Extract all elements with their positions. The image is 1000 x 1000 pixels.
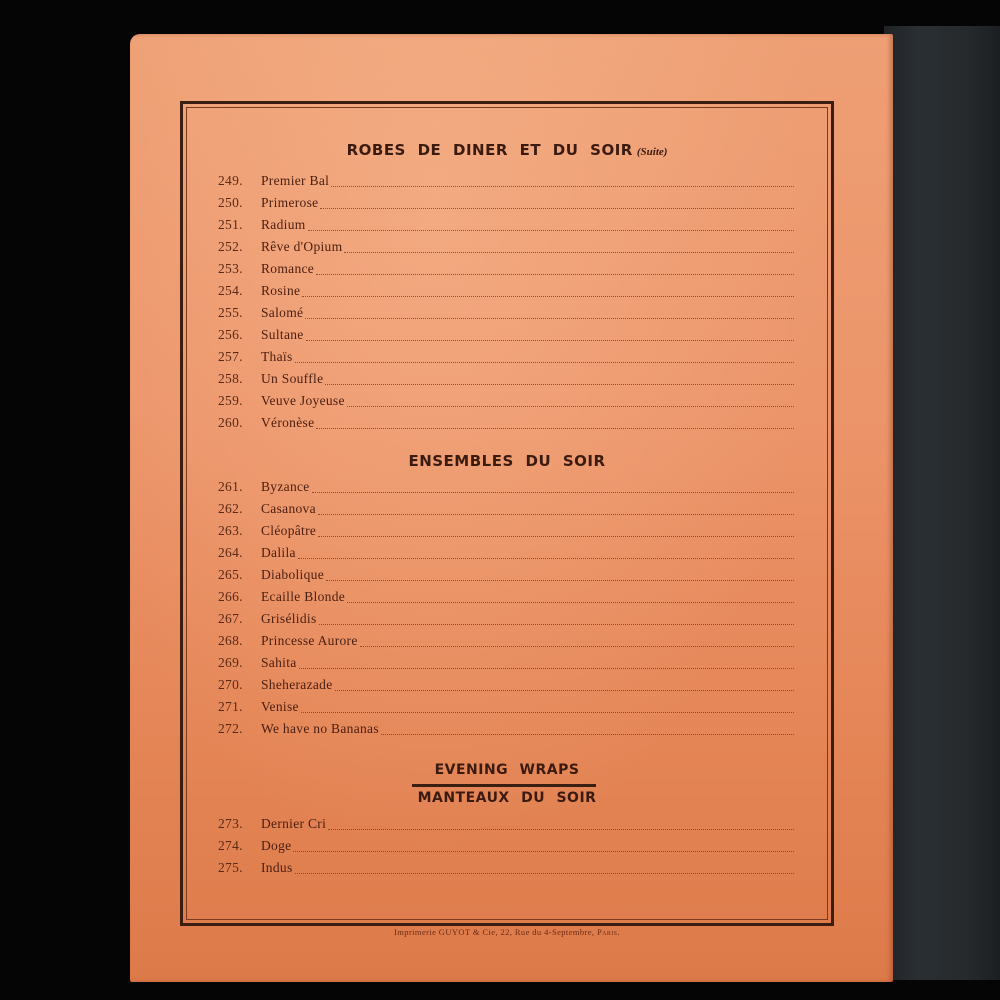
item-number: 275. xyxy=(218,860,261,876)
list-item: 261.Byzance xyxy=(218,479,794,501)
printer-imprint: Imprimerie GUYOT & Cie, 22, Rue du 4-Sep… xyxy=(180,927,834,937)
item-name: Sahita xyxy=(261,655,299,671)
item-name: Sheherazade xyxy=(261,677,335,693)
list-item: 266.Ecaille Blonde xyxy=(218,589,794,611)
item-number: 274. xyxy=(218,838,261,854)
list-item: 267.Grisélidis xyxy=(218,611,794,633)
dotted-leader-line xyxy=(318,535,794,537)
item-number: 265. xyxy=(218,567,261,583)
dotted-leader-line xyxy=(331,185,794,187)
item-name: Princesse Aurore xyxy=(261,633,360,649)
list-item: 264.Dalila xyxy=(218,545,794,567)
item-number: 272. xyxy=(218,721,261,737)
list-item: 271.Venise xyxy=(218,699,794,721)
list-item: 254.Rosine xyxy=(218,283,794,305)
list-item: 251.Radium xyxy=(218,217,794,239)
item-name: Radium xyxy=(261,217,308,233)
item-name: Veuve Joyeuse xyxy=(261,393,347,409)
list-item: 256.Sultane xyxy=(218,327,794,349)
item-name: Casanova xyxy=(261,501,318,517)
dotted-leader-line xyxy=(328,828,794,830)
section-heading-robes: ROBES DE DINER ET DU SOIR(Suite) xyxy=(180,141,834,159)
item-number: 254. xyxy=(218,283,261,299)
list-item: 252.Rêve d'Opium xyxy=(218,239,794,261)
dotted-leader-line xyxy=(319,623,795,625)
list-item: 270.Sheherazade xyxy=(218,677,794,699)
list-item: 262.Casanova xyxy=(218,501,794,523)
list-item: 259.Veuve Joyeuse xyxy=(218,393,794,415)
item-name: Salomé xyxy=(261,305,305,321)
item-number: 249. xyxy=(218,173,261,189)
dotted-leader-line xyxy=(308,229,794,231)
list-item: 263.Cléopâtre xyxy=(218,523,794,545)
dotted-leader-line xyxy=(302,295,794,297)
item-number: 267. xyxy=(218,611,261,627)
item-name: Thaïs xyxy=(261,349,295,365)
item-number: 259. xyxy=(218,393,261,409)
item-name: Premier Bal xyxy=(261,173,331,189)
item-name: Dalila xyxy=(261,545,298,561)
item-number: 250. xyxy=(218,195,261,211)
item-name: Diabolique xyxy=(261,567,326,583)
dotted-leader-line xyxy=(381,733,794,735)
list-item: 253.Romance xyxy=(218,261,794,283)
dotted-leader-line xyxy=(325,383,794,385)
item-number: 269. xyxy=(218,655,261,671)
item-name: We have no Bananas xyxy=(261,721,381,737)
heading-divider-rule xyxy=(412,784,596,787)
dotted-leader-line xyxy=(316,273,794,275)
list-item: 258.Un Souffle xyxy=(218,371,794,393)
item-number: 256. xyxy=(218,327,261,343)
dotted-leader-line xyxy=(305,317,794,319)
item-name: Rosine xyxy=(261,283,302,299)
imprint-text: Imprimerie GUYOT & Cie, 22, Rue du 4-Sep… xyxy=(394,927,594,937)
dotted-leader-line xyxy=(347,601,794,603)
dotted-leader-line xyxy=(299,667,794,669)
item-number: 252. xyxy=(218,239,261,255)
item-name: Doge xyxy=(261,838,293,854)
section-heading-evening-wraps: EVENING WRAPS xyxy=(180,762,834,778)
list-item: 249.Premier Bal xyxy=(218,173,794,195)
dotted-leader-line xyxy=(293,850,794,852)
imprint-city: Paris. xyxy=(597,927,620,937)
section-suffix: (Suite) xyxy=(637,146,668,158)
list-item: 257.Thaïs xyxy=(218,349,794,371)
dotted-leader-line xyxy=(306,339,794,341)
list-item: 268.Princesse Aurore xyxy=(218,633,794,655)
item-name: Grisélidis xyxy=(261,611,319,627)
section-title: ROBES DE DINER ET DU SOIR xyxy=(347,141,633,159)
list-item: 269.Sahita xyxy=(218,655,794,677)
item-name: Sultane xyxy=(261,327,306,343)
item-number: 271. xyxy=(218,699,261,715)
list-manteaux: 273.Dernier Cri274.Doge275.Indus xyxy=(218,816,794,882)
dotted-leader-line xyxy=(295,872,795,874)
section-heading-manteaux: MANTEAUX DU SOIR xyxy=(180,790,834,806)
list-robes: 249.Premier Bal250.Primerose251.Radium25… xyxy=(218,173,794,437)
dotted-leader-line xyxy=(344,251,794,253)
list-item: 255.Salomé xyxy=(218,305,794,327)
item-name: Cléopâtre xyxy=(261,523,318,539)
item-number: 253. xyxy=(218,261,261,277)
dotted-leader-line xyxy=(298,557,794,559)
list-ensembles: 261.Byzance262.Casanova263.Cléopâtre264.… xyxy=(218,479,794,743)
item-number: 270. xyxy=(218,677,261,693)
list-item: 275.Indus xyxy=(218,860,794,882)
list-item: 250.Primerose xyxy=(218,195,794,217)
item-number: 264. xyxy=(218,545,261,561)
item-number: 258. xyxy=(218,371,261,387)
item-number: 255. xyxy=(218,305,261,321)
dotted-leader-line xyxy=(301,711,794,713)
dotted-leader-line xyxy=(360,645,794,647)
dotted-leader-line xyxy=(295,361,795,363)
dotted-leader-line xyxy=(312,491,794,493)
dotted-leader-line xyxy=(347,405,794,407)
dotted-leader-line xyxy=(320,207,794,209)
item-name: Venise xyxy=(261,699,301,715)
item-number: 262. xyxy=(218,501,261,517)
list-item: 273.Dernier Cri xyxy=(218,816,794,838)
item-name: Indus xyxy=(261,860,295,876)
dotted-leader-line xyxy=(316,427,794,429)
item-number: 263. xyxy=(218,523,261,539)
item-number: 266. xyxy=(218,589,261,605)
list-item: 272.We have no Bananas xyxy=(218,721,794,743)
dark-back-cover xyxy=(884,26,1000,980)
item-name: Ecaille Blonde xyxy=(261,589,347,605)
item-number: 268. xyxy=(218,633,261,649)
section-heading-ensembles: ENSEMBLES DU SOIR xyxy=(180,452,834,470)
item-number: 251. xyxy=(218,217,261,233)
dotted-leader-line xyxy=(318,513,794,515)
item-number: 257. xyxy=(218,349,261,365)
item-name: Primerose xyxy=(261,195,320,211)
item-name: Romance xyxy=(261,261,316,277)
item-name: Véronèse xyxy=(261,415,316,431)
item-name: Byzance xyxy=(261,479,312,495)
dotted-leader-line xyxy=(335,689,794,691)
item-number: 260. xyxy=(218,415,261,431)
list-item: 274.Doge xyxy=(218,838,794,860)
item-name: Rêve d'Opium xyxy=(261,239,344,255)
list-item: 265.Diabolique xyxy=(218,567,794,589)
dotted-leader-line xyxy=(326,579,794,581)
item-number: 261. xyxy=(218,479,261,495)
list-item: 260.Véronèse xyxy=(218,415,794,437)
item-name: Un Souffle xyxy=(261,371,325,387)
item-name: Dernier Cri xyxy=(261,816,328,832)
item-number: 273. xyxy=(218,816,261,832)
